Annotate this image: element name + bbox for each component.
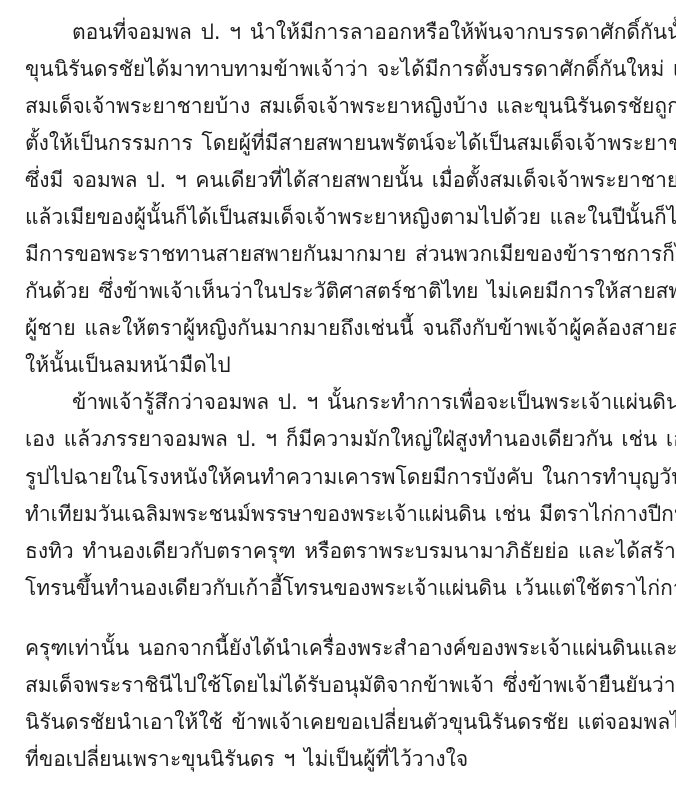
text-line: ทำเทียมวันเฉลิมพระชนม์พรรษาของพระเจ้าแผ่… [25, 496, 648, 533]
text-line: โทรนขึ้นทำนองเดียวกับเก้าอี้โทรนของพระเจ… [25, 570, 648, 607]
text-line: รูปไปฉายในโรงหนังให้คนทำความเคารพโดยมีกา… [25, 459, 648, 496]
document-page: ตอนที่จอมพล ป. ฯ นำให้มีการลาออกหรือให้พ… [0, 0, 676, 800]
text-line: กันด้วย ซึ่งข้าพเจ้าเห็นว่าในประวัติศาสต… [25, 273, 648, 310]
text-line: ให้นั้นเป็นลมหน้ามืดไป [25, 347, 648, 384]
text-line: ขุนนิรันดรชัยได้มาทาบทามข้าพเจ้าว่า จะได… [25, 51, 648, 88]
text-line: นิรันดรชัยนำเอาให้ใช้ ข้าพเจ้าเคยขอเปลี่… [25, 704, 648, 741]
text-line: เอง แล้วภรรยาจอมพล ป. ฯ ก็มีความมักใหญ่ใ… [25, 421, 648, 458]
text-line: ตั้งให้เป็นกรรมการ โดยผู้ที่มีสายสพายนพร… [25, 125, 648, 162]
text-line: ข้าพเจ้ารู้สึกว่าจอมพล ป. ฯ นั้นกระทำการ… [72, 384, 648, 421]
text-line: ที่ขอเปลี่ยนเพราะขุนนิรันดร ฯ ไม่เป็นผู้… [25, 741, 648, 778]
text-line: สมเด็จพระราชินีไปใช้โดยไม่ได้รับอนุมัติจ… [25, 667, 648, 704]
text-line: ตอนที่จอมพล ป. ฯ นำให้มีการลาออกหรือให้พ… [72, 14, 648, 51]
text-line: ครุฑเท่านั้น นอกจากนี้ยังได้นำเครื่องพระ… [25, 630, 648, 667]
text-line: มีการขอพระราชทานสายสพายกันมากมาย ส่วนพวก… [25, 236, 648, 273]
text-line: ซึ่งมี จอมพล ป. ฯ คนเดียวที่ได้สายสพายนั… [25, 162, 648, 199]
text-line: สมเด็จเจ้าพระยาชายบ้าง สมเด็จเจ้าพระยาหญ… [25, 88, 648, 125]
text-line: ผู้ชาย และให้ตราผู้หญิงกันมากมายถึงเช่นน… [25, 310, 648, 347]
text-line: ธงทิว ทำนองเดียวกับตราครุฑ หรือตราพระบรม… [25, 533, 648, 570]
text-line: แล้วเมียของผู้นั้นก็ได้เป็นสมเด็จเจ้าพระ… [25, 199, 648, 236]
